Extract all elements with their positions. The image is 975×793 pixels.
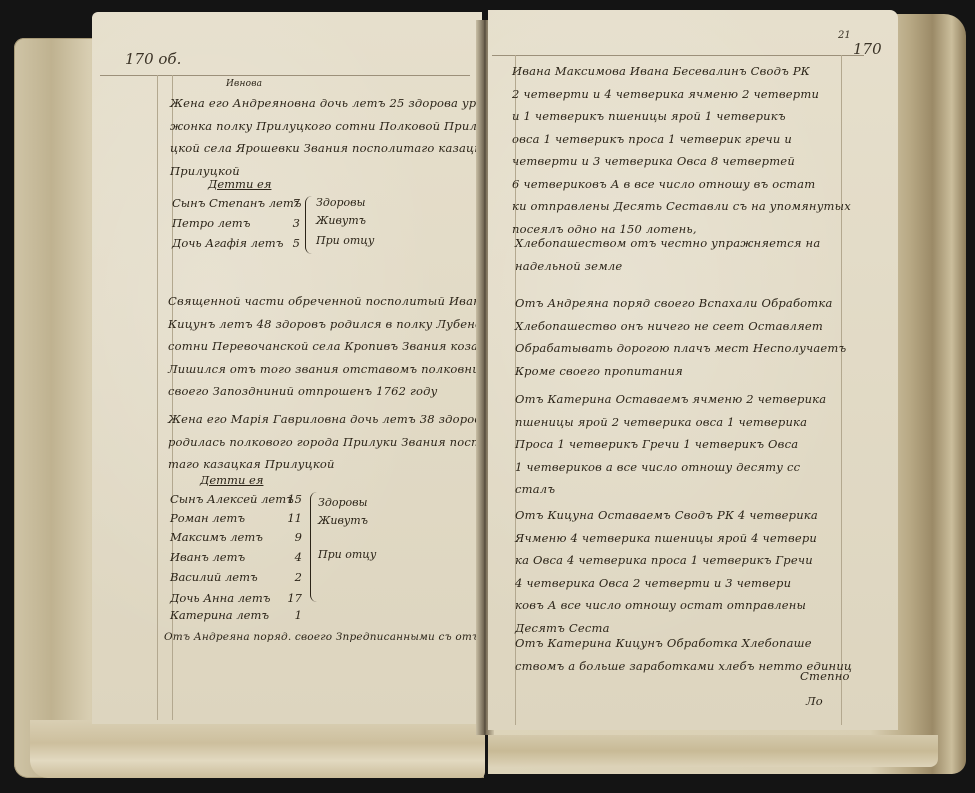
text-line: пшеницы ярой 2 четверика овса 1 четверик… xyxy=(515,411,826,434)
text-line: 2 четверти и 4 четверика ячменю 2 четвер… xyxy=(512,83,851,106)
child-age: 7 xyxy=(280,196,300,210)
right-paragraph-1: Ивана Максимова Ивана Бесевалинъ Сводъ Р… xyxy=(512,60,851,240)
child-age: 5 xyxy=(280,236,300,250)
text-line: Хлебопашеством отъ честно упражняется на xyxy=(515,232,820,255)
right-paragraph-5: Отъ Кицуна Оставаемъ Сводъ РК 4 четверик… xyxy=(515,504,818,639)
right-closing-word: Степно xyxy=(800,665,850,688)
entry1-line: жонка полку Прилуцкого сотни Полковой Пр… xyxy=(170,115,496,138)
left-page-bottom-edges xyxy=(30,720,485,778)
right-paragraph-2: Хлебопашеством отъ честно упражняется на… xyxy=(515,232,820,277)
entry2-text: Священной части обреченной посполитый Ив… xyxy=(168,290,513,403)
brace-label: Здоровы xyxy=(316,196,365,209)
children2-heading: Детти ея xyxy=(200,473,263,487)
text-line: Кроме своего пропитания xyxy=(515,360,846,383)
left-margin-ruling-outer xyxy=(157,75,158,720)
child-age: 2 xyxy=(282,570,302,584)
brace-label: При отцу xyxy=(316,234,374,247)
text-line: Обрабатывать дорогою плачъ мест Несполуч… xyxy=(515,337,846,360)
child-row: Дочь Агафія летъ xyxy=(172,236,283,250)
text-line: Отъ Катерина Кицунъ Обработка Хлебопаше xyxy=(515,632,852,655)
text-line: сталъ xyxy=(515,478,826,501)
text-line: Ивана Максимова Ивана Бесевалинъ Сводъ Р… xyxy=(512,60,851,83)
text-line: четверти и 3 четверика Овса 8 четвертей xyxy=(512,150,851,173)
entry2-line: Кицунъ летъ 48 здоровъ родился в полку Л… xyxy=(168,313,513,336)
entry2-line: Лишился отъ того звания отставомъ полков… xyxy=(168,358,513,381)
right-page-bottom-edges xyxy=(488,735,938,767)
children1-heading: Детти ея xyxy=(208,177,271,191)
right-top-ruling xyxy=(492,55,864,56)
child-age: 1 xyxy=(282,608,302,622)
child-age: 4 xyxy=(282,550,302,564)
right-paragraph-3: Отъ Андреяна поряд своего Вспахали Обраб… xyxy=(515,292,846,382)
text-line: Проса 1 четверикъ Гречи 1 четверикъ Овса xyxy=(515,433,826,456)
entry1-line: цкой села Ярошевки Звания посполитаго ка… xyxy=(170,137,496,160)
entry2-line: Священной части обреченной посполитый Ив… xyxy=(168,290,513,313)
text-line: и 1 четверикъ пшеницы ярой 1 четверикъ xyxy=(512,105,851,128)
child-row: Катерина летъ xyxy=(170,608,269,622)
text-line: 1 четвериков а все число отношу десяту с… xyxy=(515,456,826,479)
text-line: ка Овса 4 четверика проса 1 четверикъ Гр… xyxy=(515,549,818,572)
right-paragraph-4: Отъ Катерина Оставаемъ ячменю 2 четверик… xyxy=(515,388,826,501)
entry1-text: Жена его Андреяновна дочь летъ 25 здоров… xyxy=(170,92,496,182)
text-line: ковъ А все число отношу остат отправлены xyxy=(515,594,818,617)
text-line: Ячменю 4 четверика пшеницы ярой 4 четвер… xyxy=(515,527,818,550)
right-folio-number: 170 xyxy=(853,40,882,58)
brace-label: Живутъ xyxy=(316,214,366,227)
child-age: 3 xyxy=(280,216,300,230)
entry1-annotation: Ивнова xyxy=(226,78,262,90)
text-line: Отъ Андреяна поряд своего Вспахали Обраб… xyxy=(515,292,846,315)
left-top-ruling xyxy=(100,75,470,76)
text-line: 4 четверика Овса 2 четверти и 3 четвери xyxy=(515,572,818,595)
text-line: овса 1 четверикъ проса 1 четверик гречи … xyxy=(512,128,851,151)
child-row: Иванъ летъ xyxy=(170,550,245,564)
brace-label: Здоровы xyxy=(318,496,367,509)
right-corner-note: 21 xyxy=(838,30,851,41)
child-row: Дочь Анна летъ xyxy=(170,591,270,605)
child-row: Роман летъ xyxy=(170,511,245,525)
child-age: 17 xyxy=(282,591,302,605)
text-line: ки отправлены Десять Сеставли съ на упом… xyxy=(512,195,851,218)
child-row: Петро летъ xyxy=(172,216,250,230)
left-footer-line: Отъ Андреяна поряд. своего Зпредписанным… xyxy=(164,626,479,649)
catchword: Ло xyxy=(806,690,823,713)
text-line: Отъ Кицуна Оставаемъ Сводъ РК 4 четверик… xyxy=(515,504,818,527)
left-folio-number: 170 об. xyxy=(125,50,181,68)
text-line: надельной земле xyxy=(515,255,820,278)
child-age: 15 xyxy=(282,492,302,506)
brace-label: Живутъ xyxy=(318,514,368,527)
child-row: Максимъ летъ xyxy=(170,530,263,544)
brace-label: При отцу xyxy=(318,548,376,561)
child-row: Василий летъ xyxy=(170,570,258,584)
text-line: Отъ Катерина Оставаемъ ячменю 2 четверик… xyxy=(515,388,826,411)
entry1-line: Жена его Андреяновна дочь летъ 25 здоров… xyxy=(170,92,496,115)
text-line: Хлебопашество онъ ничего не сеет Оставля… xyxy=(515,315,846,338)
child-age: 9 xyxy=(282,530,302,544)
entry2-line: своего Запоздниний отпрошенъ 1762 году xyxy=(168,380,513,403)
entry2-line: сотни Перевочанской села Кропивъ Звания … xyxy=(168,335,513,358)
child-row: Сынъ Алексей летъ xyxy=(170,492,294,506)
entry3-line: Жена его Марія Гавриловна дочь летъ 38 з… xyxy=(168,408,501,431)
text-line: 6 четвериковъ А в все число отношу въ ос… xyxy=(512,173,851,196)
children1-brace xyxy=(305,196,312,254)
children2-brace xyxy=(310,492,317,602)
entry3-text: Жена его Марія Гавриловна дочь летъ 38 з… xyxy=(168,408,501,476)
child-age: 11 xyxy=(282,511,302,525)
entry3-line: родилась полкового города Прилуки Звания… xyxy=(168,431,501,454)
